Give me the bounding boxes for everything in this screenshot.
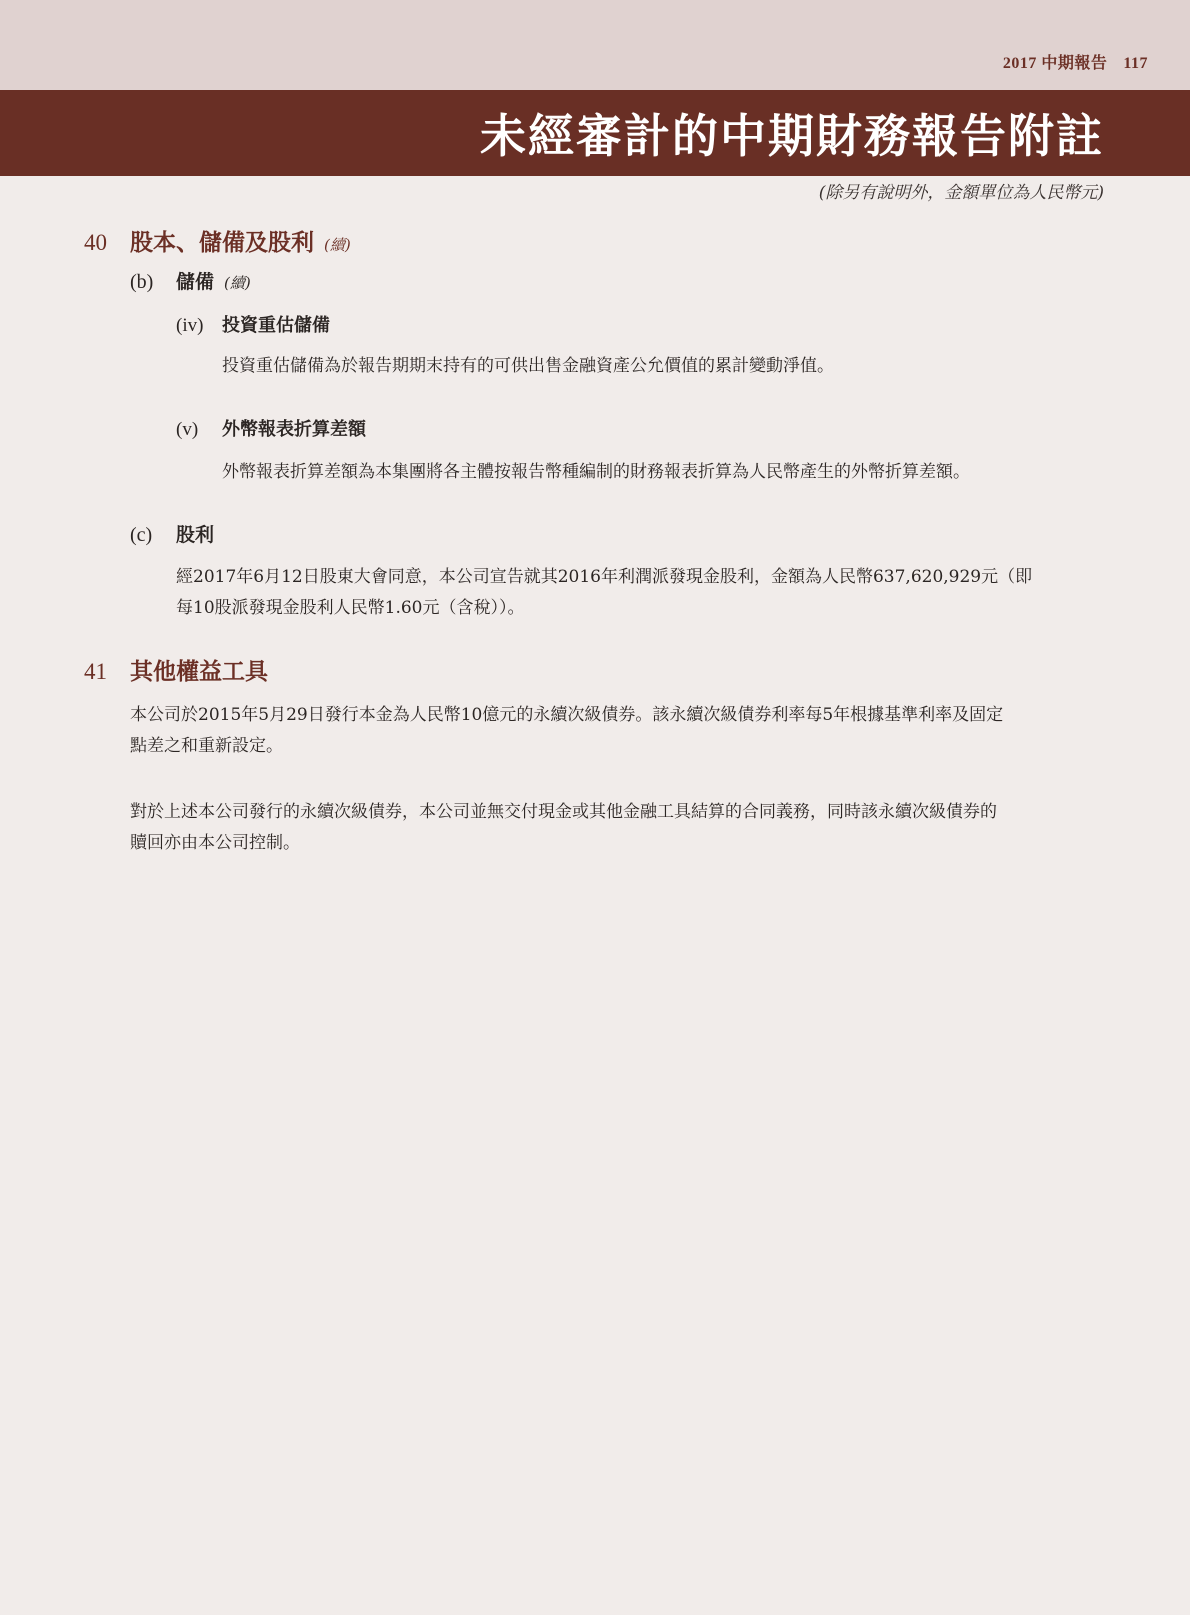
continued-label: (續)	[224, 274, 251, 292]
subsection-label: (c)	[130, 524, 176, 547]
report-name: 2017 中期報告	[1003, 55, 1108, 72]
page-title: 未經審計的中期財務報告附註	[480, 100, 1104, 166]
item-v-text: 外幣報表折算差額為本集團將各主體按報告幣種編制的財務報表折算為人民幣產生的外幣折…	[222, 457, 970, 488]
section-title: 其他權益工具	[130, 658, 268, 685]
item-label: (v)	[176, 419, 222, 441]
item-label: (iv)	[176, 315, 222, 337]
item-iv-text: 投資重估儲備為於報告期期末持有的可供出售金融資產公允價值的累計變動淨值。	[222, 351, 834, 382]
equity-para-1-line-2: 點差之和重新設定。	[130, 731, 283, 762]
section-40-heading: 40股本、儲備及股利(續)	[84, 224, 351, 257]
item-iv-heading: (iv)投資重估儲備	[176, 311, 330, 337]
item-title: 外幣報表折算差額	[222, 419, 366, 440]
dividend-text-line-2: 每10股派發現金股利人民幣1.60元（含稅））。	[176, 593, 524, 624]
subsection-title: 儲備	[176, 271, 214, 293]
continued-label: (續)	[324, 236, 351, 254]
title-band: 未經審計的中期財務報告附註	[0, 90, 1190, 176]
dividend-text-line-1: 經2017年6月12日股東大會同意，本公司宣告就其2016年利潤派發現金股利，金…	[176, 562, 1032, 593]
item-v-heading: (v)外幣報表折算差額	[176, 415, 366, 441]
section-number: 41	[84, 659, 130, 685]
equity-para-1-line-1: 本公司於2015年5月29日發行本金為人民幣10億元的永續次級債券。該永續次級債…	[130, 700, 1003, 731]
page-header-band	[0, 0, 1190, 90]
section-number: 40	[84, 230, 130, 256]
subsection-c-heading: (c)股利	[130, 520, 214, 547]
page-number: 117	[1123, 55, 1148, 72]
subsection-title: 股利	[176, 524, 214, 546]
unit-note: (除另有說明外，金額單位為人民幣元)	[819, 178, 1104, 203]
subsection-b-heading: (b)儲備(續)	[130, 267, 251, 294]
section-title: 股本、儲備及股利	[130, 229, 314, 256]
item-title: 投資重估儲備	[222, 315, 330, 336]
subsection-label: (b)	[130, 271, 176, 294]
section-41-heading: 41其他權益工具	[84, 653, 268, 686]
equity-para-2-line-1: 對於上述本公司發行的永續次級債券，本公司並無交付現金或其他金融工具結算的合同義務…	[130, 797, 997, 828]
running-head: 2017 中期報告117	[1003, 50, 1148, 73]
equity-para-2-line-2: 贖回亦由本公司控制。	[130, 828, 300, 859]
